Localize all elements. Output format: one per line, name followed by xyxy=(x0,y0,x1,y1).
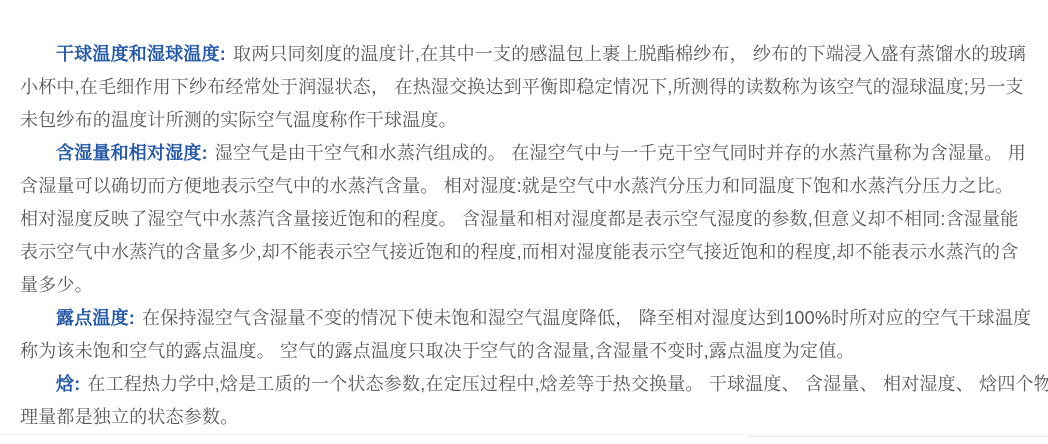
text-line: 量多少。 xyxy=(20,269,1032,302)
definition-text: 在保持湿空气含湿量不变的情况下使未饱和湿空气温度降低， 降至相对湿度达到100%… xyxy=(142,308,1031,328)
paragraph-humidity-ratio: 含湿量和相对湿度:湿空气是由干空气和水蒸汽组成的。 在湿空气中与一千克干空气同时… xyxy=(20,137,1032,302)
term-dew-point: 露点温度: xyxy=(56,308,135,328)
text-line: 露点温度:在保持湿空气含湿量不变的情况下使未饱和湿空气温度降低， 降至相对湿度达… xyxy=(20,302,1032,335)
term-dry-wet-bulb: 干球温度和湿球温度: xyxy=(56,44,226,64)
text-line: 干球温度和湿球温度:取两只同刻度的温度计,在其中一支的感温包上裹上脱酯棉纱布， … xyxy=(20,38,1032,71)
text-line: 相对湿度反映了湿空气中水蒸汽含量接近饱和的程度。 含湿量和相对湿度都是表示空气湿… xyxy=(20,203,1032,236)
text-line: 理量都是独立的状态参数。 xyxy=(20,401,1032,434)
faint-grid-line-right xyxy=(748,436,1048,437)
term-enthalpy: 焓: xyxy=(56,374,80,394)
paragraph-enthalpy: 焓:在工程热力学中,焓是工质的一个状态参数,在定压过程中,焓差等于热交换量。 干… xyxy=(20,368,1032,434)
term-humidity-ratio: 含湿量和相对湿度: xyxy=(56,143,208,163)
document-page: 干球温度和湿球温度:取两只同刻度的温度计,在其中一支的感温包上裹上脱酯棉纱布， … xyxy=(20,38,1032,434)
definition-text: 在工程热力学中,焓是工质的一个状态参数,在定压过程中,焓差等于热交换量。 干球温… xyxy=(87,374,1048,394)
definition-text: 取两只同刻度的温度计,在其中一支的感温包上裹上脱酯棉纱布， 纱布的下端浸入盛有蒸… xyxy=(233,44,1026,64)
paragraph-dry-wet-bulb: 干球温度和湿球温度:取两只同刻度的温度计,在其中一支的感温包上裹上脱酯棉纱布， … xyxy=(20,38,1032,137)
text-line: 含湿量可以确切而方便地表示空气中的水蒸汽含量。 相对湿度:就是空气中水蒸汽分压力… xyxy=(20,170,1032,203)
text-line: 小杯中,在毛细作用下纱布经常处于润湿状态， 在热湿交换达到平衡即稳定情况下,所测… xyxy=(20,71,1032,104)
text-line: 表示空气中水蒸汽的含量多少,却不能表示空气接近饱和的程度,而相对湿度能表示空气接… xyxy=(20,236,1032,269)
definition-text: 湿空气是由干空气和水蒸汽组成的。 在湿空气中与一千克干空气同时并存的水蒸汽量称为… xyxy=(215,143,1026,163)
text-line: 含湿量和相对湿度:湿空气是由干空气和水蒸汽组成的。 在湿空气中与一千克干空气同时… xyxy=(20,137,1032,170)
paragraph-dew-point: 露点温度:在保持湿空气含湿量不变的情况下使未饱和湿空气温度降低， 降至相对湿度达… xyxy=(20,302,1032,368)
faint-grid-line xyxy=(0,434,1048,435)
text-line: 焓:在工程热力学中,焓是工质的一个状态参数,在定压过程中,焓差等于热交换量。 干… xyxy=(20,368,1032,401)
text-line: 未包纱布的温度计所测的实际空气温度称作干球温度。 xyxy=(20,104,1032,137)
text-line: 称为该未饱和空气的露点温度。 空气的露点温度只取决于空气的含湿量,含湿量不变时,… xyxy=(20,335,1032,368)
